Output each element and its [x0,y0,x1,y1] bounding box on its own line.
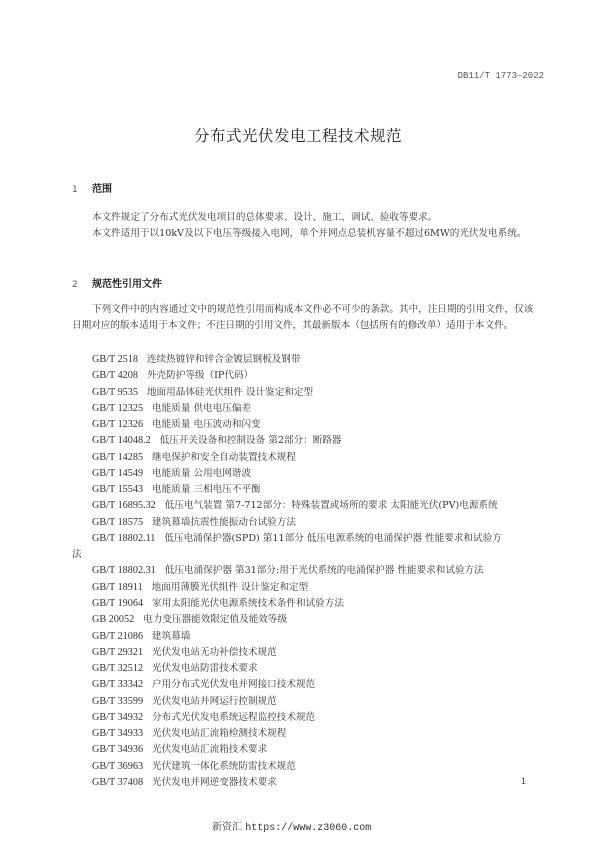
section-title: 规范性引用文件 [92,279,162,290]
reference-code: GB/T 32512 [92,663,143,674]
reference-title: 低压电涌保护器(SPD) 第11部分 低压电源系统的电涌保护器 性能要求和试验方 [164,533,501,544]
section-heading-normative-references: 2规范性引用文件 [72,275,162,290]
section-heading-scope: 1范围 [72,180,112,195]
reference-code: GB/T 4208 [92,370,138,381]
reference-title: 电能质量 公用电网谐波 [152,468,251,479]
reference-title: 连续热镀锌和锌合金镀层钢板及钢带 [147,354,301,365]
reference-item: GB/T 2518连续热镀锌和锌合金镀层钢板及钢带 [92,352,502,368]
watermark-url[interactable]: https://www.z3060.com [245,823,371,834]
reference-code: GB/T 18911 [92,582,143,593]
reference-code: GB/T 2518 [92,354,138,365]
reference-code: GB/T 12325 [92,403,143,414]
reference-title: 电能质量 供电电压偏差 [152,403,251,414]
reference-code: GB/T 21086 [92,631,143,642]
reference-list: GB/T 2518连续热镀锌和锌合金镀层钢板及钢带GB/T 4208外壳防护等级… [92,352,502,791]
reference-title: 建筑幕墙抗震性能振动台试验方法 [152,517,296,528]
reference-item: GB/T 32512光伏发电站防雷技术要求 [92,661,502,677]
reference-item: GB/T 29321光伏发电站无功补偿技术规范 [92,645,502,661]
reference-title: 地面用晶体硅光伏组件 设计鉴定和定型 [147,387,313,398]
reference-code: GB/T 14285 [92,452,143,463]
reference-title: 光伏发电站汇流箱技术要求 [152,744,267,755]
reference-item: GB/T 33599光伏发电站并网运行控制规范 [92,694,502,710]
reference-item: GB/T 16895.32低压电气装置 第7-712部分：特殊装置或场所的要求 … [92,498,502,514]
reference-item: GB/T 4208外壳防护等级（IP代码） [92,368,502,384]
reference-code: GB/T 18802.31 [92,565,156,576]
reference-code: GB/T 19064 [92,598,143,609]
reference-item: GB/T 18911地面用薄膜光伏组件 设计鉴定和定型 [92,580,502,596]
watermark-name: 新资汇 [212,822,242,833]
reference-item: GB/T 18575建筑幕墙抗震性能振动台试验方法 [92,515,502,531]
section-number: 1 [72,185,92,195]
reference-item: GB/T 36963光伏建筑一体化系统防雷技术规范 [92,759,502,775]
watermark-footer: 新资汇 https://www.z3060.com [212,818,371,834]
reference-code: GB/T 18575 [92,517,143,528]
reference-title-wrap: 法 [72,547,482,563]
reference-title: 光伏发电并网逆变器技术要求 [152,777,277,788]
reference-title: 地面用薄膜光伏组件 设计鉴定和定型 [152,582,309,593]
reference-item: GB/T 14549电能质量 公用电网谐波 [92,466,502,482]
reference-title: 家用太阳能光伏电源系统技术条件和试验方法 [152,598,344,609]
reference-title: 建筑幕墙 [152,631,190,642]
section-number: 2 [72,280,92,290]
reference-item: GB/T 15543电能质量 三相电压不平衡 [92,482,502,498]
reference-title: 分布式光伏发电系统远程监控技术规范 [152,712,315,723]
reference-item: GB/T 37408光伏发电并网逆变器技术要求 [92,775,502,791]
page-number: 1 [521,777,526,786]
reference-item: GB/T 21086建筑幕墙 [92,629,502,645]
reference-code: GB/T 37408 [92,777,143,788]
reference-item: GB/T 19064家用太阳能光伏电源系统技术条件和试验方法 [92,596,502,612]
reference-item: GB/T 34933光伏发电站汇流箱检测技术规程 [92,726,502,742]
reference-item: GB/T 14285继电保护和安全自动装置技术规程 [92,450,502,466]
reference-item: GB/T 34932分布式光伏发电系统远程监控技术规范 [92,710,502,726]
reference-code: GB/T 33599 [92,696,143,707]
reference-code: GB/T 34932 [92,712,143,723]
reference-item: GB/T 9535地面用晶体硅光伏组件 设计鉴定和定型 [92,385,502,401]
reference-item: GB/T 34936光伏发电站汇流箱技术要求 [92,742,502,758]
reference-item: GB/T 12325电能质量 供电电压偏差 [92,401,502,417]
reference-title: 继电保护和安全自动装置技术规程 [152,452,296,463]
reference-title: 光伏发电站汇流箱检测技术规程 [152,728,286,739]
reference-code: GB 20052 [92,614,134,625]
reference-code: GB/T 9535 [92,387,138,398]
reference-title: 光伏发电站并网运行控制规范 [152,696,277,707]
reference-code: GB/T 34936 [92,744,143,755]
reference-title: 低压电涌保护器 第31部分:用于光伏系统的电涌保护器 性能要求和试验方法 [165,565,484,576]
reference-title: 低压开关设备和控制设备 第2部分：断路器 [160,435,342,446]
reference-title: 光伏发电站防雷技术要求 [152,663,258,674]
scope-paragraph-2: 本文件适用于以10kV及以下电压等级接入电网，单个并网点总装机容量不超过6MW的… [72,226,540,242]
reference-code: GB/T 34933 [92,728,143,739]
reference-title: 户用分布式光伏发电并网接口技术规范 [152,679,315,690]
reference-code: GB/T 29321 [92,647,143,658]
reference-item: GB/T 18802.11低压电涌保护器(SPD) 第11部分 低压电源系统的电… [92,531,502,564]
reference-code: GB/T 18802.11 [92,533,155,544]
document-code: DB11/T 1773—2022 [458,71,544,81]
reference-title: 光伏建筑一体化系统防雷技术规范 [152,761,296,772]
reference-code: GB/T 36963 [92,761,143,772]
reference-title: 电力变压器能效限定值及能效等级 [143,614,287,625]
reference-title: 低压电气装置 第7-712部分：特殊装置或场所的要求 太阳能光伏(PV)电源系统 [165,500,498,511]
reference-item: GB/T 18802.31低压电涌保护器 第31部分:用于光伏系统的电涌保护器 … [92,563,502,579]
reference-code: GB/T 15543 [92,484,143,495]
reference-code: GB/T 12326 [92,419,143,430]
reference-code: GB/T 14048.2 [92,435,151,446]
references-intro-paragraph: 下列文件中的内容通过文中的规范性引用而构成本文件必不可少的条款。其中，注日期的引… [72,302,540,335]
reference-title: 光伏发电站无功补偿技术规范 [152,647,277,658]
reference-code: GB/T 33342 [92,679,143,690]
scope-paragraph-1: 本文件规定了分布式光伏发电项目的总体要求、设计、施工、调试、验收等要求。 [72,210,540,226]
reference-code: GB/T 14549 [92,468,143,479]
reference-code: GB/T 16895.32 [92,500,156,511]
section-title: 范围 [92,184,112,195]
reference-item: GB/T 14048.2低压开关设备和控制设备 第2部分：断路器 [92,433,502,449]
reference-title: 外壳防护等级（IP代码） [147,370,253,381]
reference-item: GB 20052电力变压器能效限定值及能效等级 [92,612,502,628]
reference-item: GB/T 33342户用分布式光伏发电并网接口技术规范 [92,677,502,693]
reference-item: GB/T 12326电能质量 电压波动和闪变 [92,417,502,433]
reference-title: 电能质量 三相电压不平衡 [152,484,261,495]
page-title: 分布式光伏发电工程技术规范 [0,124,596,146]
reference-title: 电能质量 电压波动和闪变 [152,419,261,430]
